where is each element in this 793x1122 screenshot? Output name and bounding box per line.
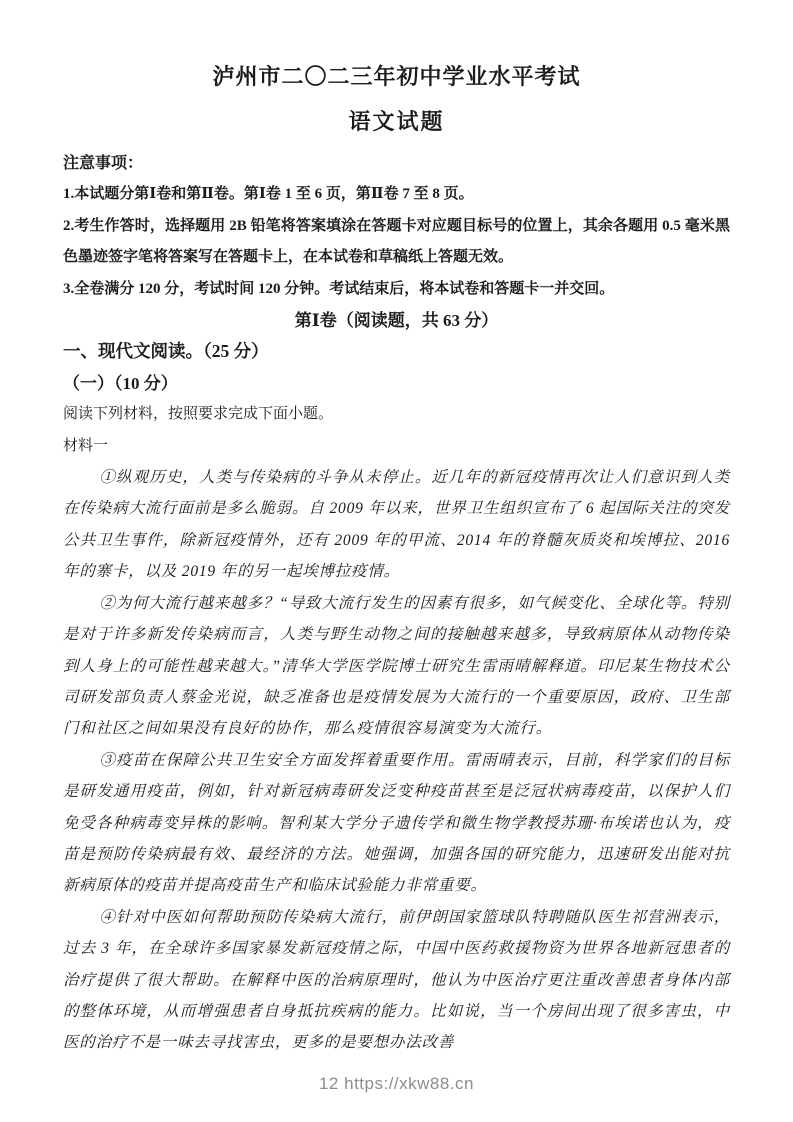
document-title: 泸州市二〇二三年初中学业水平考试: [63, 62, 730, 92]
notice-section: 注意事项： 1.本试题分第Ⅰ卷和第Ⅱ卷。第Ⅰ卷 1 至 6 页，第Ⅱ卷 7 至 …: [63, 148, 730, 305]
reading-instruction: 阅读下列材料，按照要求完成下面小题。: [63, 399, 730, 430]
part-heading: 一、现代文阅读。（25 分）: [63, 336, 730, 367]
sub-part-heading: （一）（10 分）: [63, 368, 730, 399]
page-footer: 12 https://xkw88.cn: [0, 1074, 793, 1094]
notice-item-1: 1.本试题分第Ⅰ卷和第Ⅱ卷。第Ⅰ卷 1 至 6 页，第Ⅱ卷 7 至 8 页。: [63, 179, 730, 210]
material-paragraph-1: ①纵观历史，人类与传染病的斗争从未停止。近几年的新冠疫情再次让人们意识到人类在传…: [63, 462, 730, 588]
notice-heading: 注意事项：: [63, 148, 730, 179]
volume-heading: 第Ⅰ卷（阅读题，共 63 分）: [63, 305, 730, 336]
material-paragraph-4: ④针对中医如何帮助预防传染病大流行，前伊朗国家篮球队特聘随队医生祁营洲表示，过去…: [63, 902, 730, 1059]
exam-paper-page: 泸州市二〇二三年初中学业水平考试 语文试题 注意事项： 1.本试题分第Ⅰ卷和第Ⅱ…: [0, 0, 793, 1122]
material-one-label: 材料一: [63, 431, 730, 462]
document-subtitle: 语文试题: [63, 107, 730, 137]
notice-item-3: 3.全卷满分 120 分，考试时间 120 分钟。考试结束后，将本试卷和答题卡一…: [63, 274, 730, 305]
notice-item-2: 2.考生作答时，选择题用 2B 铅笔将答案填涂在答题卡对应题目标号的位置上，其余…: [63, 211, 730, 274]
material-one-body: ①纵观历史，人类与传染病的斗争从未停止。近几年的新冠疫情再次让人们意识到人类在传…: [63, 462, 730, 1059]
page-number: 12: [319, 1074, 339, 1093]
material-paragraph-3: ③疫苗在保障公共卫生安全方面发挥着重要作用。雷雨晴表示，目前，科学家们的目标是研…: [63, 745, 730, 902]
material-paragraph-2: ②为何大流行越来越多？“导致大流行发生的因素有很多，如气候变化、全球化等。特别是…: [63, 588, 730, 745]
footer-watermark-url: https://xkw88.cn: [344, 1074, 474, 1093]
